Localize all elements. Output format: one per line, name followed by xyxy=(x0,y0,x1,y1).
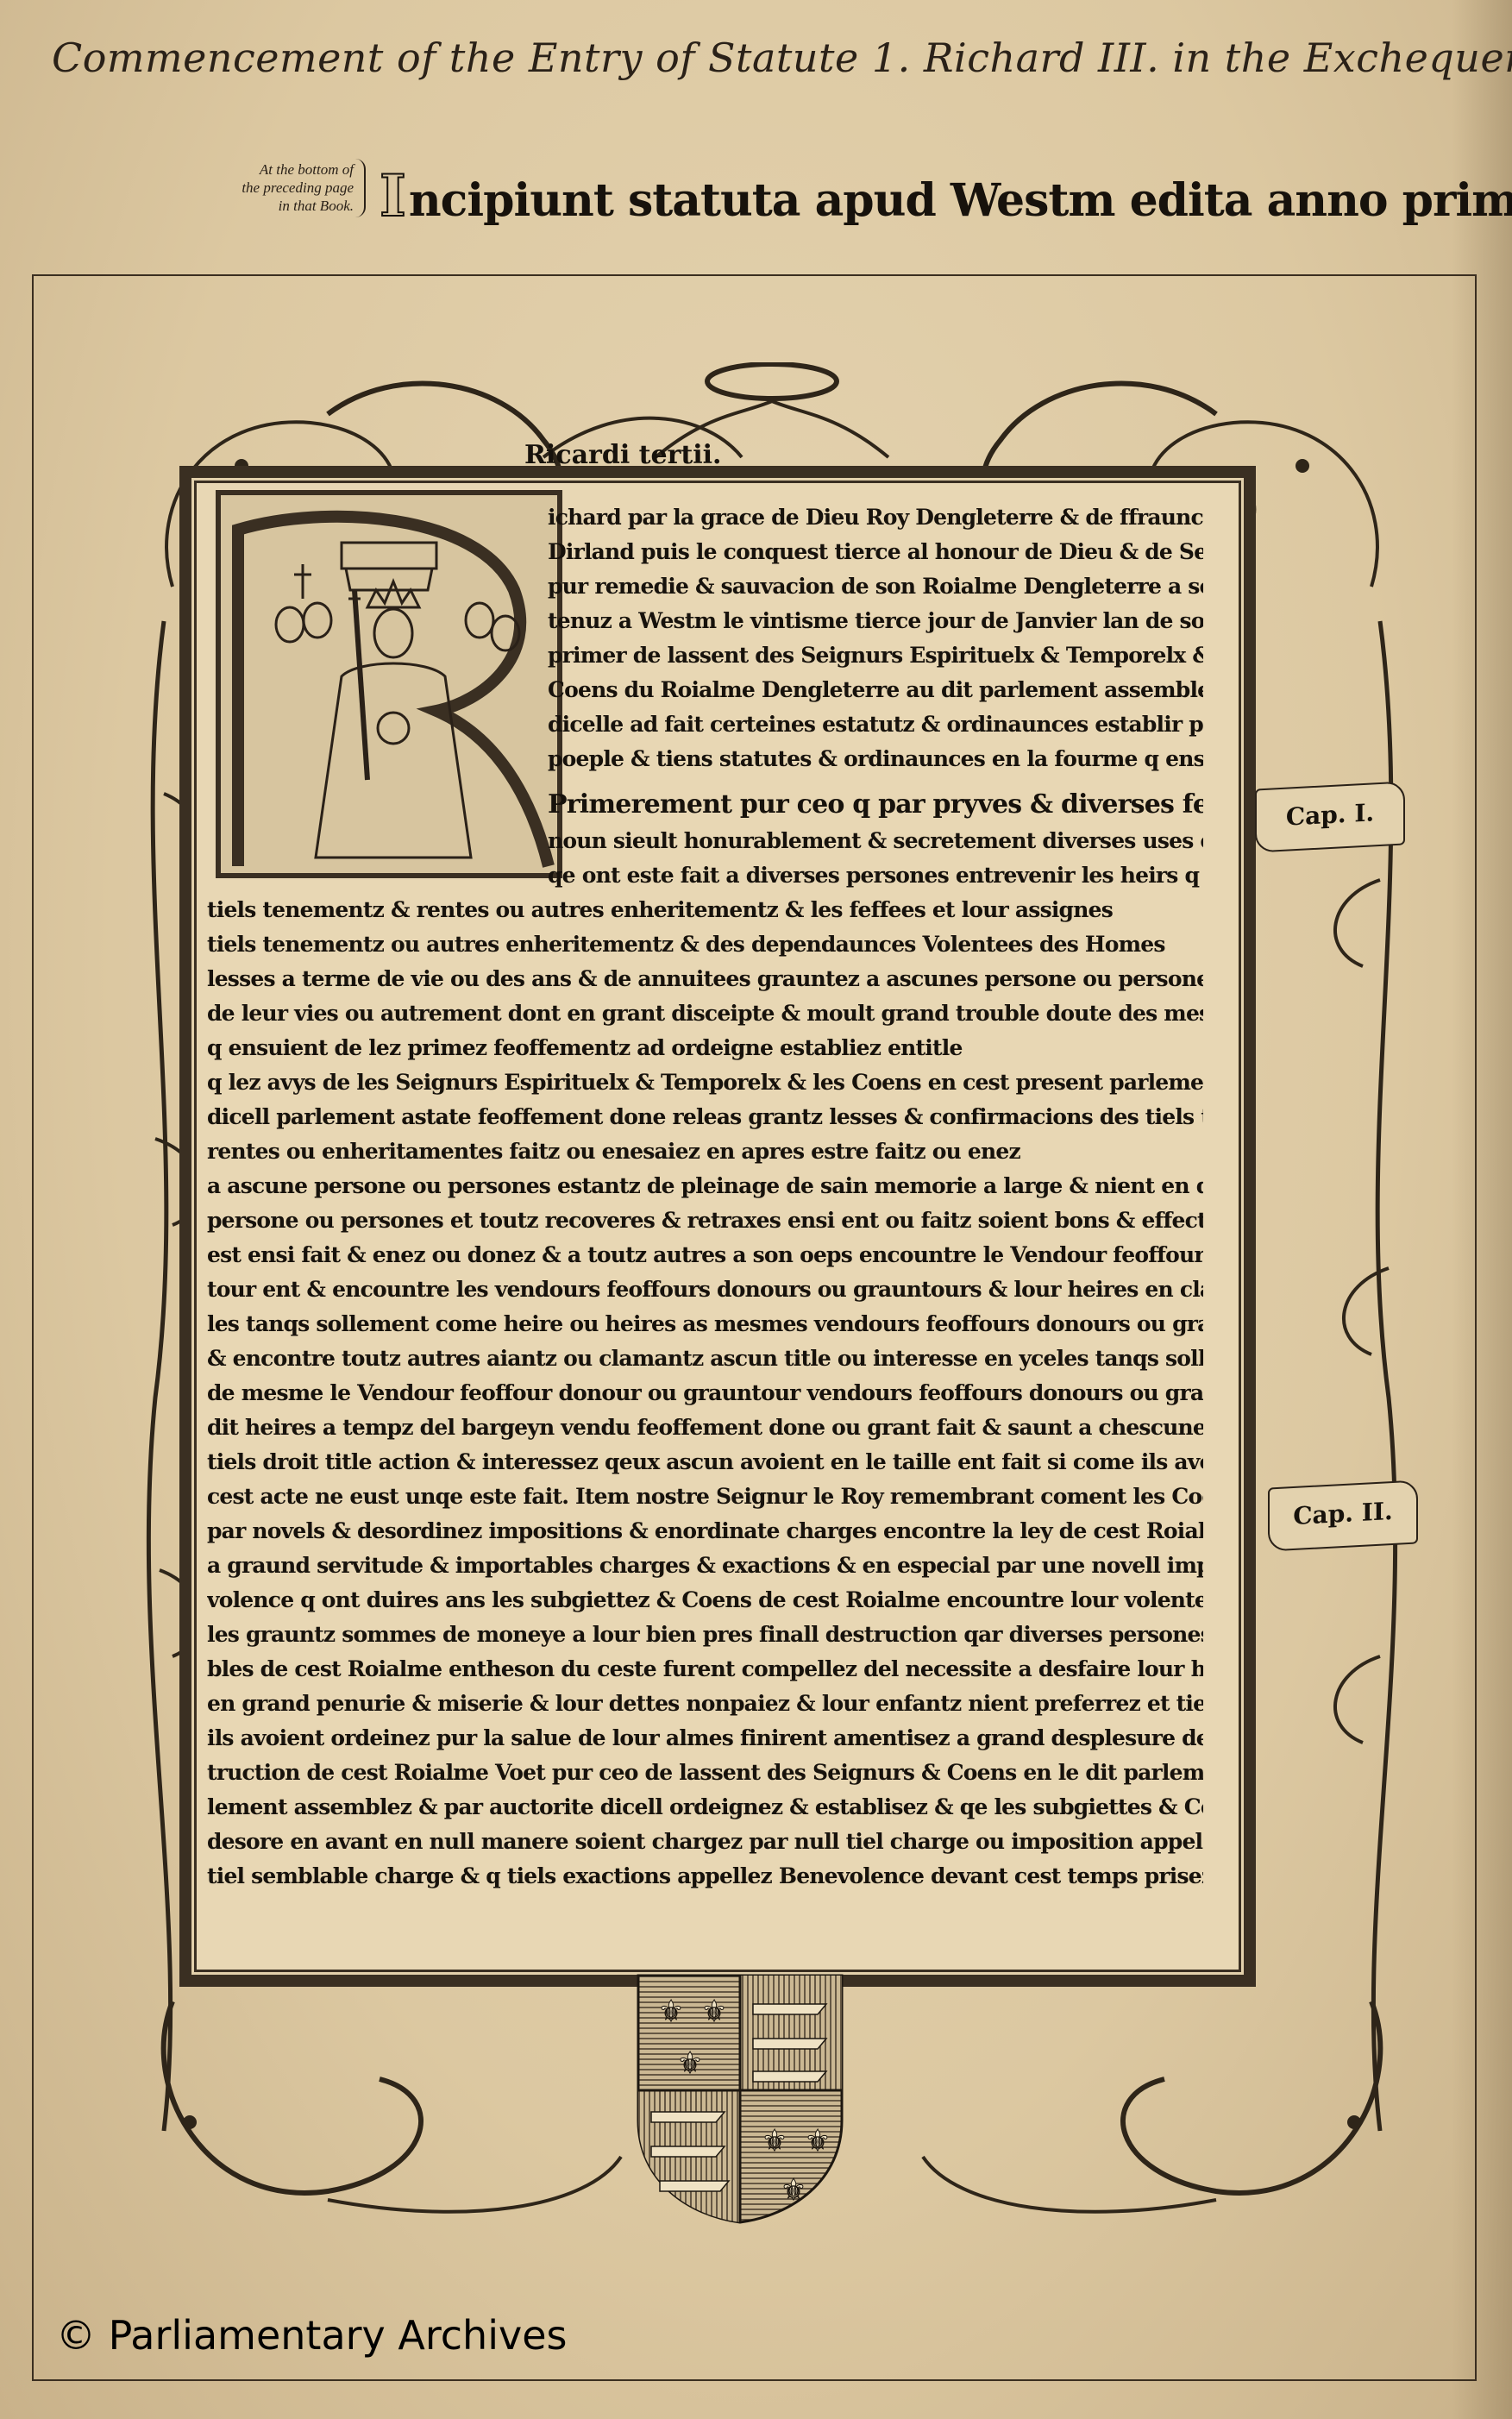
statute-text: ichard par la grace de Dieu Roy Denglete… xyxy=(207,505,1208,1945)
text-line: tiels droit title action & interessez qe… xyxy=(207,1449,1203,1474)
svg-text:⚜: ⚜ xyxy=(762,2124,787,2158)
text-line: truction de cest Roialme Voet pur ceo de… xyxy=(207,1760,1203,1785)
copyright-credit: © Parliamentary Archives xyxy=(56,2312,567,2359)
text-line: lesses a terme de vie ou des ans & de an… xyxy=(207,966,1203,991)
text-line: tenuz a Westm le vintisme tierce jour de… xyxy=(548,608,1203,633)
side-note: At the bottom of the preceding page in t… xyxy=(216,160,354,215)
text-line: dicelle ad fait certeines estatutz & ord… xyxy=(548,712,1203,737)
text-line: volence q ont duires ans les subgiettez … xyxy=(207,1587,1203,1612)
incipit-initial: I xyxy=(380,162,405,229)
text-line: en grand penurie & miserie & lour dettes… xyxy=(207,1691,1203,1716)
text-line: dit heires a tempz del bargeyn vendu feo… xyxy=(207,1415,1203,1440)
text-line: primer de lassent des Seignurs Espiritue… xyxy=(548,643,1203,668)
incipit-heading: Incipiunt statuta apud Westm edita anno … xyxy=(380,162,1512,229)
royal-coat-of-arms: ⚜⚜⚜ ⚜⚜⚜ xyxy=(637,1974,844,2224)
text-line: rentes ou enheritamentes faitz ou enesai… xyxy=(207,1139,1203,1164)
text-line: est ensi fait & enez ou donez & a toutz … xyxy=(207,1242,1203,1267)
text-line: de leur vies ou autrement dont en grant … xyxy=(207,1001,1203,1026)
text-line: les grauntz sommes de moneye a lour bien… xyxy=(207,1622,1203,1647)
text-line: ils avoient ordeinez pur la salue de lou… xyxy=(207,1725,1203,1750)
side-note-line: in that Book. xyxy=(216,197,354,215)
text-line: Primerement pur ceo q par pryves & diver… xyxy=(548,789,1203,820)
text-line: & encontre toutz autres aiantz ou claman… xyxy=(207,1346,1203,1371)
text-line: q ensuient de lez primez feoffementz ad … xyxy=(207,1035,1203,1060)
text-line: lement assemblez & par auctorite dicell … xyxy=(207,1794,1203,1819)
text-line: de mesme le Vendour feoffour donour ou g… xyxy=(207,1380,1203,1405)
text-line: q lez avys de les Seignurs Espirituelx &… xyxy=(207,1070,1203,1095)
text-line: noun sieult honurablement & secretement … xyxy=(548,828,1203,853)
svg-text:⚜: ⚜ xyxy=(781,2173,806,2208)
margin-label-cap-2: Cap. II. xyxy=(1268,1480,1418,1551)
text-line: bles de cest Roialme entheson du ceste f… xyxy=(207,1656,1203,1681)
brace-icon xyxy=(355,159,366,217)
running-head: Ricardi tertii. xyxy=(524,440,722,470)
text-line: Dirland puis le conquest tierce al honou… xyxy=(548,539,1203,564)
text-line: pur remedie & sauvacion de son Roialme D… xyxy=(548,574,1203,599)
text-line: tiels tenementz & rentes ou autres enher… xyxy=(207,897,1203,922)
text-line: tour ent & encountre les vendours feoffo… xyxy=(207,1277,1203,1302)
text-line: a graund servitude & importables charges… xyxy=(207,1553,1203,1578)
text-line: persone ou persones et toutz recoveres &… xyxy=(207,1208,1203,1233)
text-line: qe ont este fait a diverses persones ent… xyxy=(548,863,1203,888)
text-line: dicell parlement astate feoffement done … xyxy=(207,1104,1203,1129)
text-line: cest acte ne eust unqe este fait. Item n… xyxy=(207,1484,1203,1509)
text-line: Coens du Roialme Dengleterre au dit parl… xyxy=(548,677,1203,702)
text-line: les tanqs sollement come heire ou heires… xyxy=(207,1311,1203,1336)
margin-label-cap-1: Cap. I. xyxy=(1255,781,1405,852)
svg-text:⚜: ⚜ xyxy=(701,1995,727,2029)
svg-text:⚜: ⚜ xyxy=(658,1995,684,2029)
text-line: poeple & tiens statutes & ordinaunces en… xyxy=(548,746,1203,771)
text-line: a ascune persone ou persones estantz de … xyxy=(207,1173,1203,1198)
incipit-text: ncipiunt statuta apud Westm edita anno p… xyxy=(409,174,1512,227)
text-line: tiel semblable charge & q tiels exaction… xyxy=(207,1863,1203,1888)
svg-text:⚜: ⚜ xyxy=(677,2046,703,2081)
text-line: tiels tenementz ou autres enheritementz … xyxy=(207,932,1203,957)
side-note-line: the preceding page xyxy=(216,179,354,197)
svg-text:⚜: ⚜ xyxy=(805,2124,831,2158)
page-title: Commencement of the Entry of Statute 1. … xyxy=(52,35,1432,81)
text-line: par novels & desordinez impositions & en… xyxy=(207,1518,1203,1543)
text-line: desore en avant en null manere soient ch… xyxy=(207,1829,1203,1854)
side-note-line: At the bottom of xyxy=(216,160,354,179)
text-line: ichard par la grace de Dieu Roy Denglete… xyxy=(548,505,1203,530)
